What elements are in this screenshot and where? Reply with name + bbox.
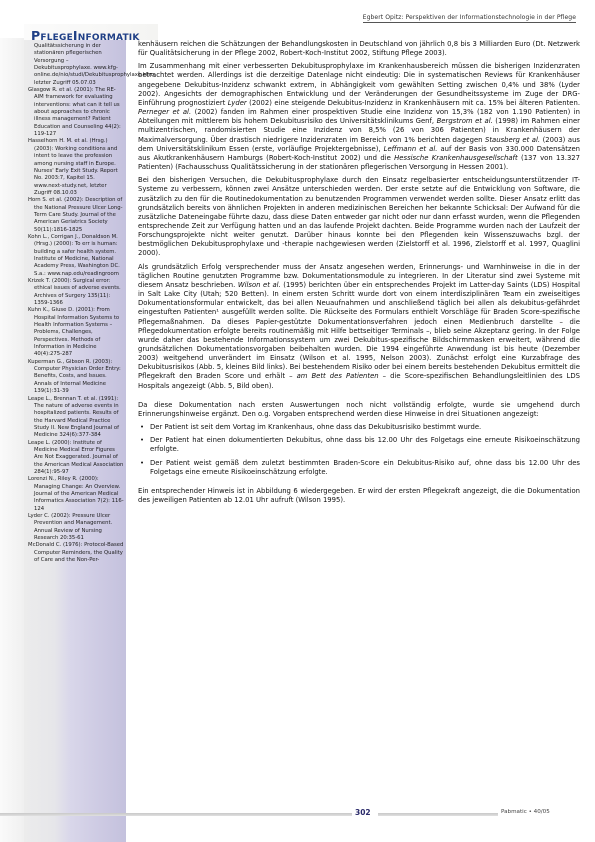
situation-list: Der Patient ist seit dem Vortag im Krank… bbox=[138, 423, 580, 477]
situation-item: Der Patient hat einen dokumentierten Dek… bbox=[138, 436, 580, 454]
situation-item: Der Patient ist seit dem Vortag im Krank… bbox=[138, 423, 580, 432]
journal-name: Pabmatic • 40/05 bbox=[501, 809, 550, 815]
left-margin-strip bbox=[0, 38, 24, 842]
reference-item: Horn S. et al. (2002): Description of th… bbox=[28, 197, 124, 234]
page-number: 302 bbox=[355, 808, 371, 817]
reference-item: Glasgow R. et al. (2001): The RE-AIM fra… bbox=[28, 87, 124, 138]
paragraph-costs: kenhäusern reichen die Schätzungen der B… bbox=[138, 40, 580, 58]
paragraph-it-approaches: Bei den bisherigen Versuchen, die Dekubi… bbox=[138, 176, 580, 258]
reference-item: Kuhn K., Giuse D. (2001): From Hospital … bbox=[28, 307, 124, 358]
reference-list: Qualitätssicherung in der stationären pf… bbox=[28, 43, 124, 564]
paragraph-reminders: Als grundsätzlich Erfolg versprechender … bbox=[138, 263, 580, 391]
page-footer: 302 Pabmatic • 40/05 bbox=[0, 808, 595, 820]
situation-item: Der Patient weist gemäß dem zuletzt best… bbox=[138, 459, 580, 477]
paragraph-situations: Da diese Dokumentation nach ersten Auswe… bbox=[138, 401, 580, 419]
paragraph-figure-hint: Ein entsprechender Hinweis ist in Abbild… bbox=[138, 487, 580, 505]
reference-item: Leape L. (2000): Institute of Medicine M… bbox=[28, 440, 124, 477]
reference-item: Kuperman G., Gibson R. (2003): Computer … bbox=[28, 359, 124, 396]
running-title: Egbert Opitz: Perspektiven der Informati… bbox=[363, 14, 576, 23]
reference-item: Leape L., Brennan T. et al. (1991): The … bbox=[28, 396, 124, 440]
section-logo: PflegeInformatik bbox=[31, 28, 140, 43]
paragraph-incidence: Im Zusammenhang mit einer verbesserten D… bbox=[138, 62, 580, 172]
reference-item: Qualitätssicherung in der stationären pf… bbox=[28, 43, 124, 87]
footer-rule-right bbox=[378, 813, 498, 816]
reference-item: McDonald C. (1976): Protocol-Based Compu… bbox=[28, 542, 124, 564]
reference-item: Lyder C. (2002): Pressure Ulcer Preventi… bbox=[28, 513, 124, 542]
main-article-body: kenhäusern reichen die Schätzungen der B… bbox=[138, 40, 580, 509]
reference-item: Lorenzi N., Riley R. (2000): Managing Ch… bbox=[28, 476, 124, 513]
reference-item: Kohn L., Corrigan J., Donaldson M. (Hrsg… bbox=[28, 234, 124, 278]
reference-item: Krizek T. (2000): Surgical error: ethica… bbox=[28, 278, 124, 307]
footer-rule-left bbox=[0, 813, 352, 816]
reference-item: Hasselhorn H. M. et al. (Hrsg.) (2003): … bbox=[28, 138, 124, 197]
